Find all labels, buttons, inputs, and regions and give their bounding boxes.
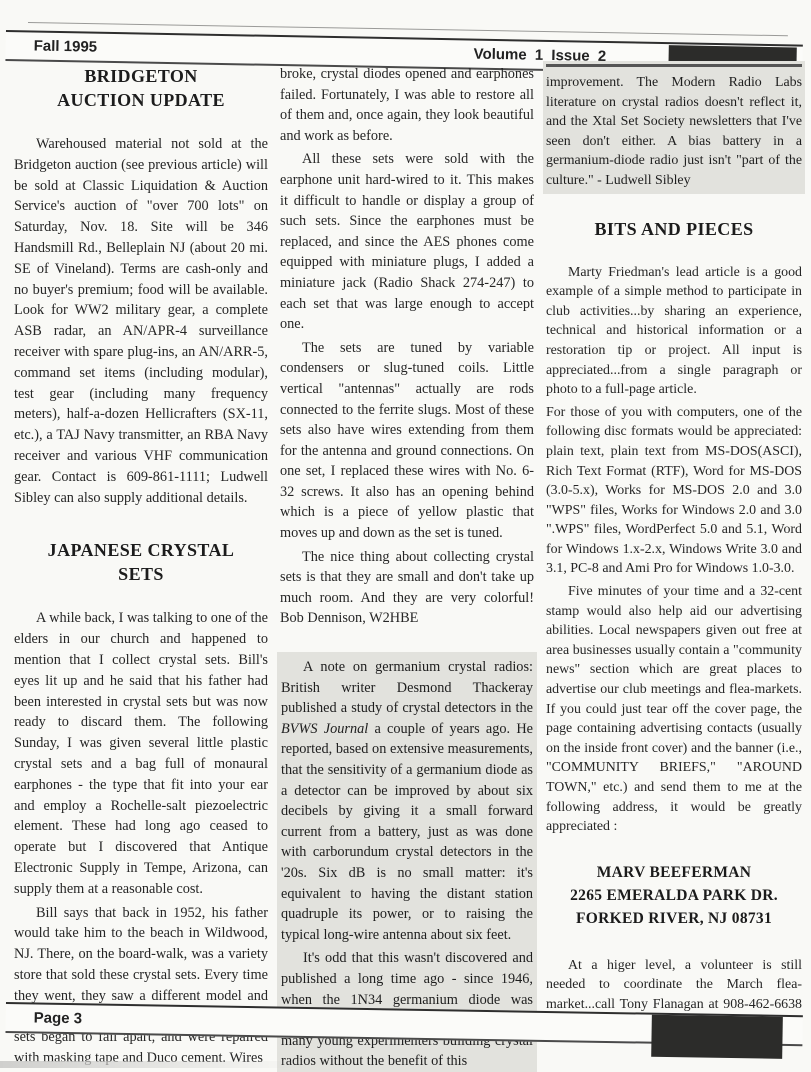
- footer-black-bar: [651, 1015, 783, 1059]
- note-journal-title-italic: BVWS Journal: [281, 721, 368, 737]
- paragraph-bridgeton-body: Warehoused material not sold at the Brid…: [14, 134, 268, 508]
- note-rest-text: a couple of years ago. He reported, base…: [281, 721, 533, 943]
- column-left: BRIDGETON AUCTION UPDATE Warehoused mate…: [14, 64, 268, 1072]
- address-line-name: MARV BEEFERMAN: [546, 861, 802, 884]
- paragraph-note-germanium: A note on germanium crystal radios: Brit…: [281, 657, 533, 945]
- address-line-city: FORKED RIVER, NJ 08731: [546, 907, 802, 930]
- article-title-japanese-crystal-sets: JAPANESE CRYSTAL SETS: [14, 538, 268, 586]
- paragraph-earphone-hardwired: All these sets were sold with the earpho…: [280, 149, 534, 334]
- paragraph-advertising: Five minutes of your time and a 32-cent …: [546, 582, 802, 837]
- paragraph-japanese-1: A while back, I was talking to one of th…: [14, 608, 268, 899]
- column-center: broke, crystal diodes opened and earphon…: [280, 64, 534, 1072]
- paragraph-bits-intro: Marty Friedman's lead article is a good …: [546, 263, 802, 400]
- note-lead-text: A note on germanium crystal radios: Brit…: [281, 659, 533, 716]
- address-block: MARV BEEFERMAN 2265 EMERALDA PARK DR. FO…: [546, 861, 802, 930]
- paragraph-sibley-quote: improvement. The Modern Radio Labs liter…: [546, 73, 802, 191]
- highlighted-sibley-quote: improvement. The Modern Radio Labs liter…: [546, 64, 802, 191]
- header-date: Fall 1995: [33, 33, 97, 61]
- scan-edge-smudge: [0, 1061, 310, 1068]
- paragraph-collecting-byline: The nice thing about collecting crystal …: [280, 547, 534, 629]
- newsletter-page: Fall 1995 Volume 1 Issue 2 BRIDGETON AUC…: [0, 0, 811, 1072]
- column-right: improvement. The Modern Radio Labs liter…: [546, 64, 802, 1037]
- article-title-bridgeton-auction-update: BRIDGETON AUCTION UPDATE: [14, 64, 268, 112]
- page-number: Page 3: [34, 1004, 83, 1032]
- paragraph-sets-restored: broke, crystal diodes opened and earphon…: [280, 64, 534, 146]
- paragraph-japanese-2: Bill says that back in 1952, his father …: [14, 903, 268, 1069]
- address-line-street: 2265 EMERALDA PARK DR.: [546, 884, 802, 907]
- paragraph-disc-formats: For those of you with computers, one of …: [546, 403, 802, 579]
- article-title-bits-and-pieces: BITS AND PIECES: [546, 217, 802, 241]
- paragraph-tuning: The sets are tuned by variable condenser…: [280, 338, 534, 544]
